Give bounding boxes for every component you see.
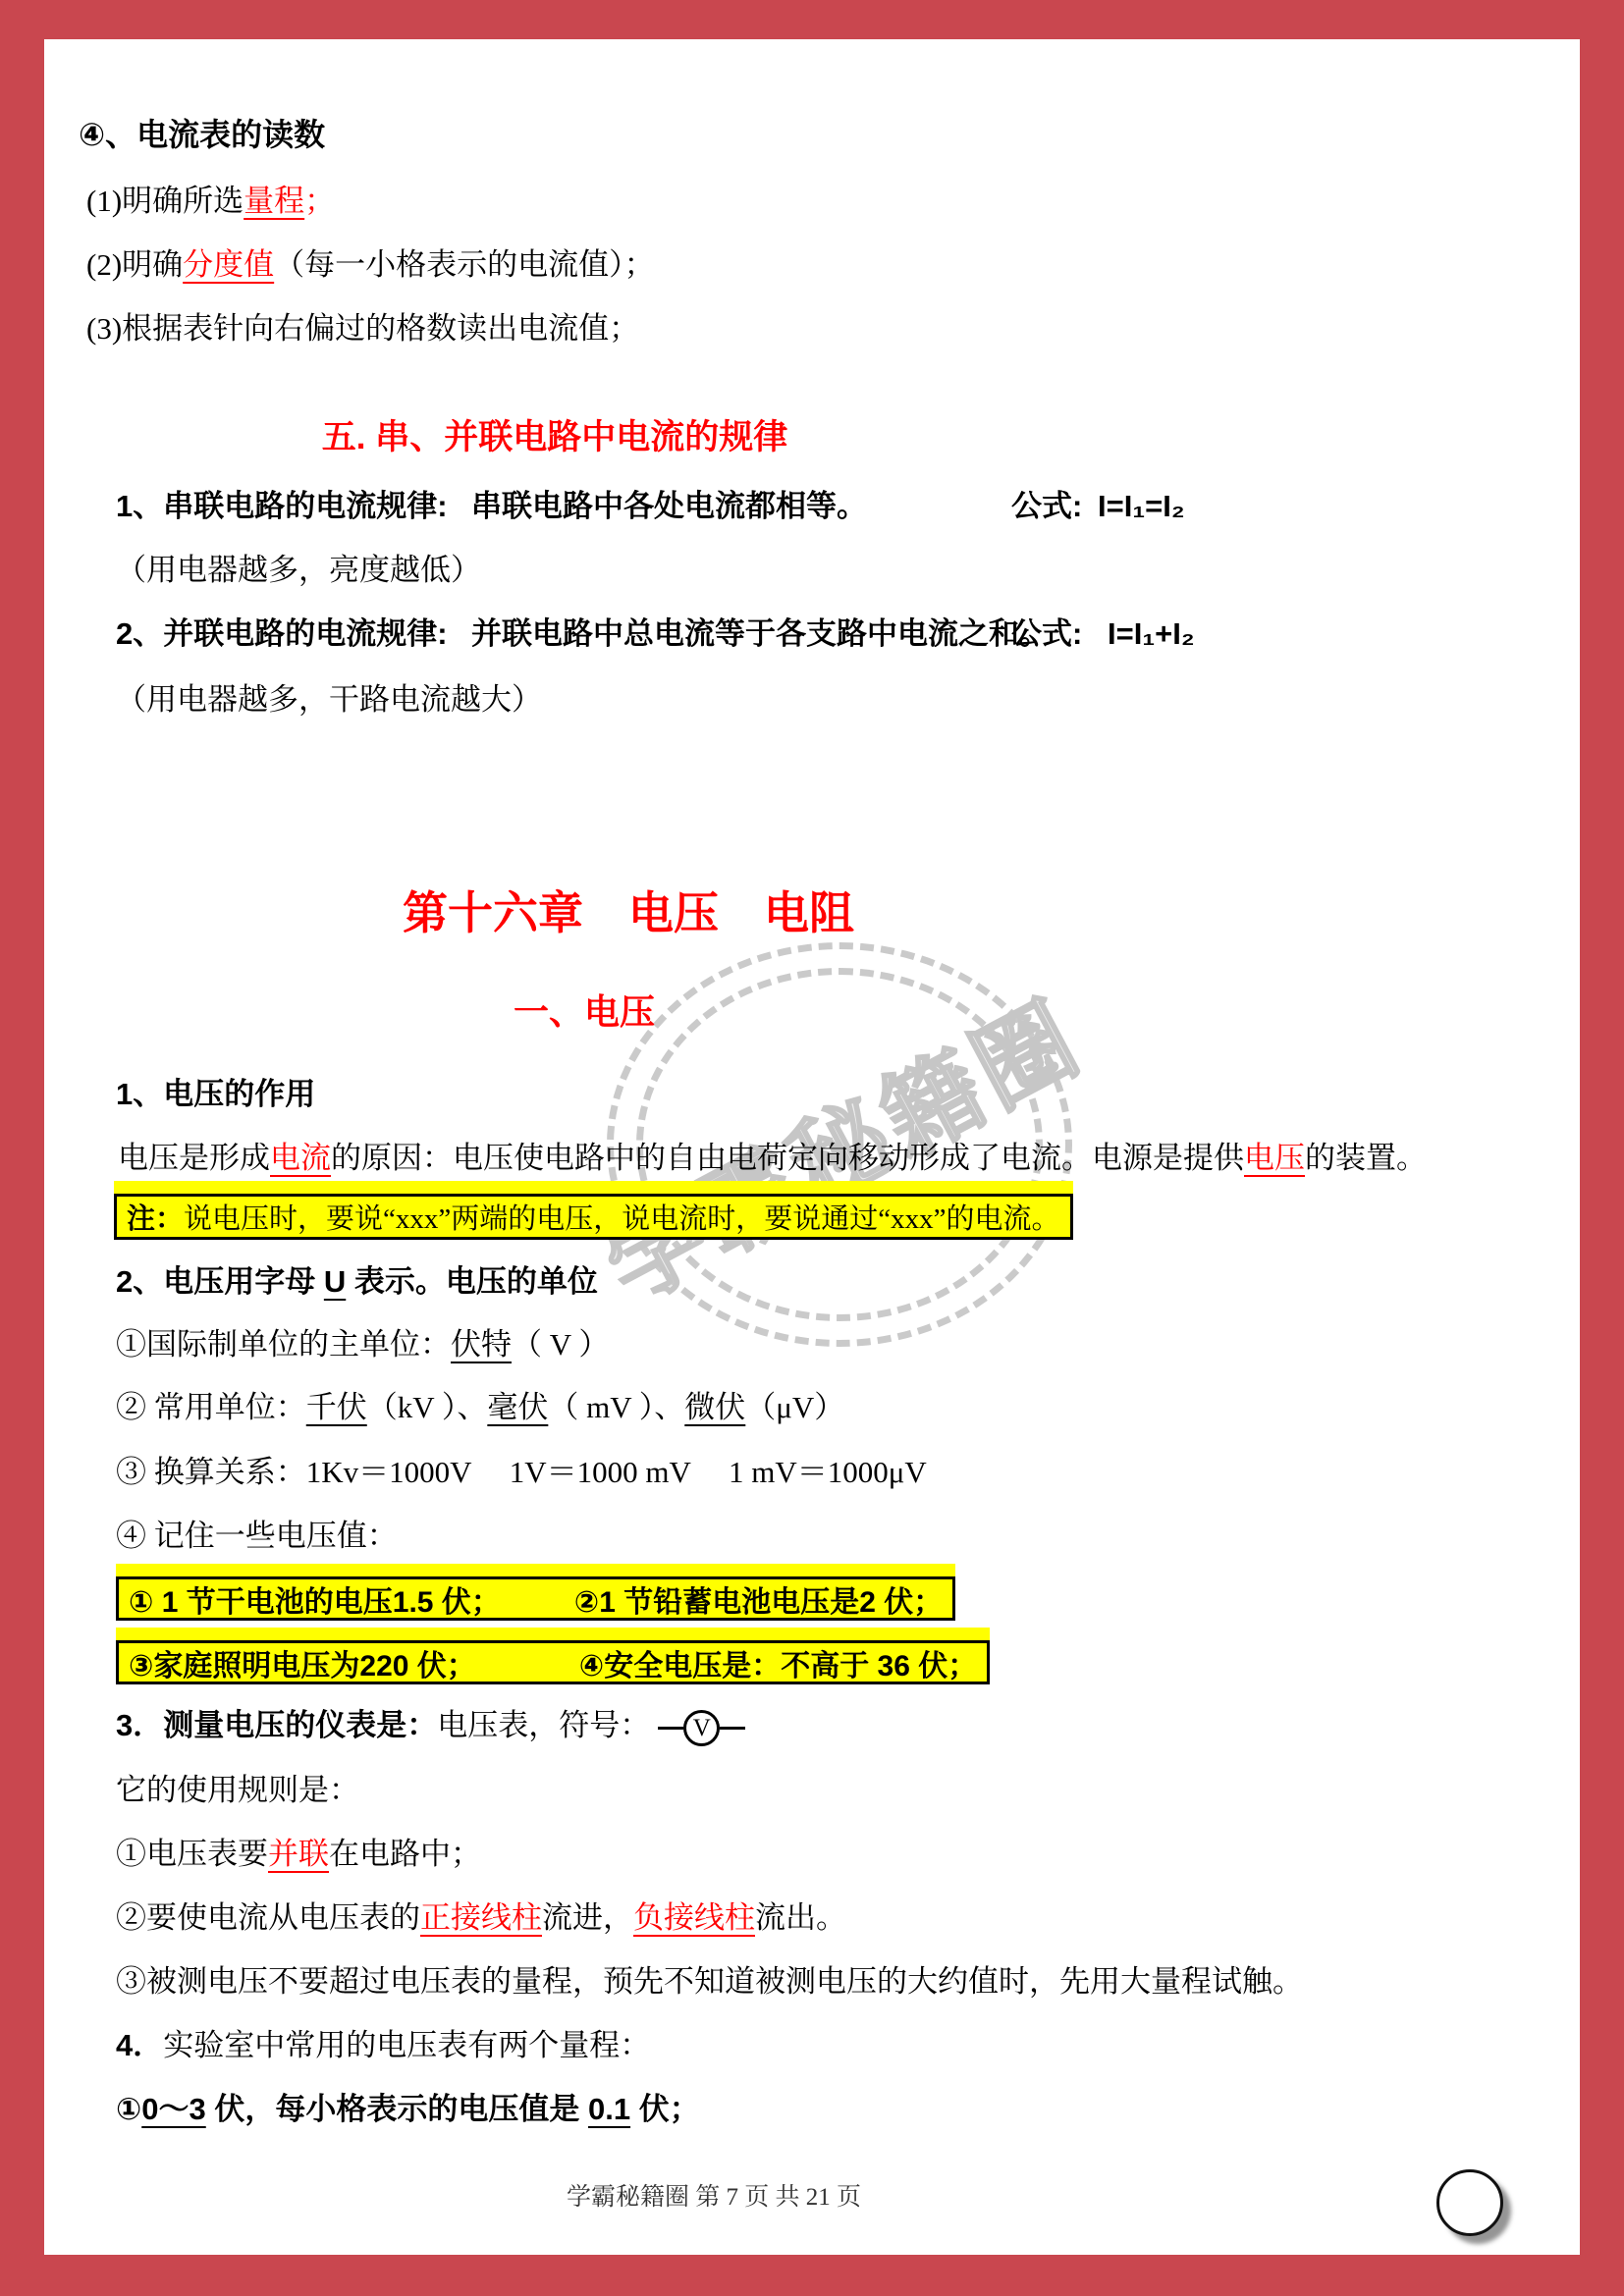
- range1-seg-4: 伏；: [630, 2092, 700, 2126]
- voltmeter-symbol: V: [658, 1710, 745, 1746]
- ammeter-reading-title: ④、电流表的读数: [79, 116, 325, 153]
- voltmeter-text: 电压表，符号：: [437, 1708, 650, 1742]
- range-line-1: ①0～3 伏，每小格表示的电压值是 0.1 伏；: [116, 2091, 700, 2127]
- unit2-term-kv: 千伏: [306, 1390, 367, 1424]
- usage-rule-1: ①电压表要并联在电路中；: [116, 1836, 481, 1872]
- series-rule-text: 串联电路中各处电流都相等。: [471, 488, 867, 524]
- series-formula: I=I₁=I₂: [1098, 488, 1185, 524]
- ammeter-item-1-post: ；: [304, 184, 335, 218]
- chapter-section-title: 一、电压: [514, 991, 655, 1034]
- unit-line-1: ①国际制单位的主单位：伏特（ V ）: [116, 1326, 609, 1362]
- voltmeter-line: 3．测量电压的仪表是：电压表，符号：V: [116, 1707, 745, 1746]
- rule1-seg-2: 在电路中；: [329, 1837, 481, 1871]
- unit1-pre: ①国际制单位的主单位：: [116, 1327, 451, 1362]
- page-footer: 学霸秘籍圈 第 7 页 共 21 页: [567, 2183, 861, 2213]
- rule2-seg-0: ②要使电流从电压表的: [116, 1900, 420, 1935]
- vbox2-seg-0: ③家庭照明电压为: [129, 1641, 359, 1684]
- ammeter-item-1: (1)明确所选量程；: [86, 183, 335, 219]
- vbox2-value-household: 220 伏: [359, 1641, 446, 1684]
- vbox1-seg-2: ； ②1 节铅蓄电池电压是: [471, 1577, 859, 1621]
- ranges-label: 4．: [116, 2028, 163, 2062]
- unit2-seg-0: ② 常用单位：: [116, 1390, 306, 1424]
- voltage-para-seg-2: 的原因：电压使电路中的自由电荷定向移动形成了电流。电源是提供: [331, 1141, 1244, 1175]
- voltmeter-circle-icon: V: [683, 1710, 720, 1746]
- vbox2-seg-4: ；: [947, 1641, 977, 1684]
- parallel-rule-label: 2、并联电路的电流规律:: [116, 615, 448, 652]
- rule2-term-negative: 负接线柱: [633, 1900, 755, 1935]
- vbox2-value-safe: 不高于 36 伏: [781, 1641, 947, 1684]
- usage-rule-2: ②要使电流从电压表的正接线柱流进，负接线柱流出。: [116, 1899, 846, 1936]
- voltage-role-paragraph: 电压是形成电流的原因：电压使电路中的自由电荷定向移动形成了电流。电源是提供电压的…: [118, 1140, 1427, 1176]
- ranges-text: 实验室中常用的电压表有两个量程：: [163, 2028, 650, 2062]
- voltage-unit-title: 2、电压用字母 U 表示。电压的单位: [116, 1263, 598, 1300]
- voltmeter-ranges-title: 4．实验室中常用的电压表有两个量程：: [116, 2027, 650, 2063]
- unit2-seg-6: （μV）: [745, 1390, 844, 1424]
- unit2-term-mv: 毫伏: [487, 1390, 548, 1424]
- unit2-seg-2: （kV ）、: [367, 1390, 488, 1424]
- ammeter-item-2-term: 分度值: [183, 247, 274, 282]
- parallel-formula-label: 公式:: [1011, 615, 1082, 652]
- section5-heading: 五. 串、并联电路中电流的规律: [322, 417, 787, 458]
- rule2-seg-2: 流进，: [542, 1900, 633, 1935]
- vbox2-seg-2: ； ④安全电压是：: [447, 1641, 781, 1684]
- range1-division: 0.1: [588, 2092, 630, 2126]
- voltage-values-box-2: ③家庭照明电压为 220 伏； ④安全电压是：不高于 36 伏；: [116, 1640, 990, 1684]
- voltage-symbol-letter: U: [324, 1264, 346, 1299]
- ammeter-item-1-pre: (1)明确所选: [86, 184, 244, 218]
- ammeter-item-2-pre: (2)明确: [86, 247, 183, 282]
- ammeter-item-1-term: 量程: [244, 184, 304, 218]
- voltage-para-seg-0: 电压是形成: [118, 1141, 270, 1175]
- vbox1-value-lead-battery: 2 伏: [859, 1577, 913, 1621]
- vbox1-value-dry-cell: 1.5 伏: [393, 1577, 471, 1621]
- usage-rule-3: ③被测电压不要超过电压表的量程，预先不知道被测电压的大约值时，先用大量程试触。: [116, 1963, 1303, 2000]
- voltage-unit-title-post: 表示。电压的单位: [346, 1264, 598, 1299]
- parallel-rule-note: （用电器越多，干路电流越大）: [116, 681, 542, 718]
- voltage-para-seg-4: 的装置。: [1305, 1141, 1427, 1175]
- voltage-note-box: 注：说电压时，要说“xxx”两端的电压，说电流时，要说通过“xxx”的电流。: [114, 1194, 1073, 1240]
- unit-line-4-remember: ④ 记住一些电压值：: [116, 1518, 398, 1554]
- page-nav-circle-button[interactable]: [1436, 2169, 1503, 2236]
- unit2-term-uv: 微伏: [684, 1390, 745, 1424]
- range1-seg-2: 伏，每小格表示的电压值是: [206, 2092, 588, 2126]
- range1-seg-0: ①: [116, 2092, 141, 2126]
- usage-rules-intro: 它的使用规则是：: [116, 1772, 359, 1808]
- ammeter-item-2-post: （每一小格表示的电流值）；: [274, 247, 655, 282]
- unit-line-3-conversion: ③ 换算关系：1Kv＝1000V 1V＝1000 mV 1 mV＝1000μV: [116, 1454, 927, 1490]
- voltmeter-lead-right-icon: [720, 1727, 745, 1730]
- rule2-term-positive: 正接线柱: [420, 1900, 542, 1935]
- study-notes-page: { "colors": { "frame": "#C9474F", "accen…: [0, 0, 1624, 2296]
- voltage-para-term-current: 电流: [270, 1141, 331, 1175]
- voltmeter-lead-left-icon: [658, 1727, 683, 1730]
- series-rule-note: （用电器越多，亮度越低）: [116, 552, 481, 588]
- rule1-seg-0: ①电压表要: [116, 1837, 268, 1871]
- voltage-note-text: 说电压时，要说“xxx”两端的电压，说电流时，要说通过“xxx”的电流。: [184, 1197, 1060, 1237]
- rule2-seg-4: 流出。: [755, 1900, 846, 1935]
- rule1-term-parallel: 并联: [268, 1837, 329, 1871]
- chapter-title: 第十六章 电压 电阻: [403, 886, 854, 940]
- parallel-rule-text: 并联电路中总电流等于各支路中电流之和。: [471, 615, 1050, 652]
- unit1-post: （ V ）: [512, 1327, 609, 1362]
- ammeter-item-2: (2)明确分度值（每一小格表示的电流值）；: [86, 246, 655, 283]
- series-formula-label: 公式:: [1011, 488, 1082, 524]
- parallel-formula: I=I₁+I₂: [1108, 615, 1195, 652]
- voltage-note-label: 注：: [127, 1197, 184, 1237]
- unit-line-2: ② 常用单位：千伏（kV ）、毫伏（ mV ）、微伏（μV）: [116, 1389, 844, 1425]
- voltage-role-title: 1、电压的作用: [116, 1076, 315, 1112]
- vbox1-seg-4: ；: [913, 1577, 943, 1621]
- voltage-para-term-voltage: 电压: [1244, 1141, 1305, 1175]
- vbox1-seg-0: ① 1 节干电池的电压: [129, 1577, 393, 1621]
- ammeter-item-3: (3)根据表针向右偏过的格数读出电流值；: [86, 310, 639, 347]
- voltage-values-box-1: ① 1 节干电池的电压 1.5 伏； ②1 节铅蓄电池电压是 2 伏；: [116, 1576, 955, 1621]
- series-rule-label: 1、串联电路的电流规律:: [116, 488, 448, 524]
- unit1-term: 伏特: [451, 1327, 512, 1362]
- voltage-unit-title-pre: 2、电压用字母: [116, 1264, 324, 1299]
- unit2-seg-4: （ mV ）、: [548, 1390, 684, 1424]
- range1-span: 0～3: [141, 2092, 205, 2126]
- voltmeter-label: 3．测量电压的仪表是：: [116, 1708, 437, 1742]
